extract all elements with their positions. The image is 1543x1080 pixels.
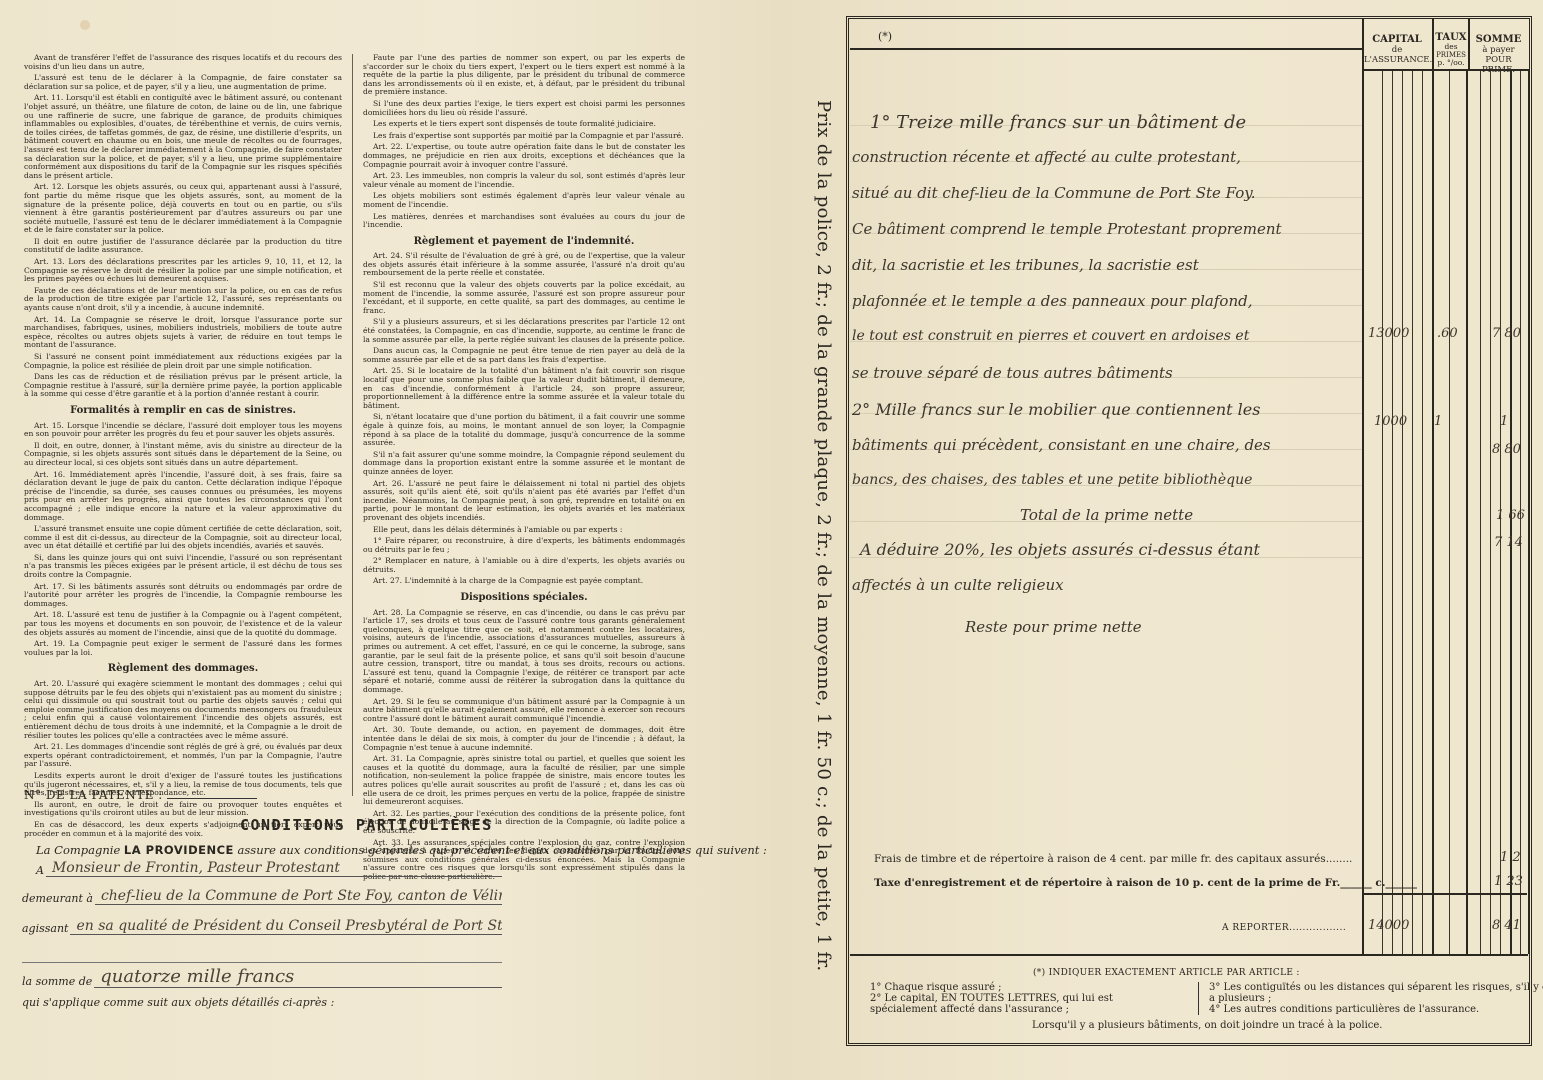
paragraph: Elle peut, dans les délais déterminés à … [363,526,685,535]
header-text: CAPITAL [1364,35,1430,45]
header-text: à payer [1468,45,1529,55]
column-line [1528,71,1530,954]
article-18: Art. 18. L'assuré est tenu de justifier … [24,611,342,637]
header-text: SOMME [1468,35,1529,45]
paragraph: Dans aucun cas, la Compagnie ne peut êtr… [363,347,685,364]
header-text: p. °/oo. [1434,59,1468,67]
article-20: Art. 20. L'assuré qui exagère sciemment … [24,680,342,740]
note-item: 2° Le capital, EN TOUTES LETTRES, qui lu… [870,993,1180,1015]
header-text: L'ASSURANCE. [1364,55,1430,65]
registration-tax-value: 1 23 [1494,874,1523,889]
entry-1-premium: 7 80 [1492,326,1521,341]
header-rule [1364,69,1529,71]
handwritten-line: Ce bâtiment comprend le temple Protestan… [852,220,1282,238]
header-text: de [1364,45,1430,55]
column-line [1402,71,1403,954]
note-item: 3° Les contiguïtés ou les distances qui … [1209,982,1543,1004]
article-17: Art. 17. Si les bâtiments assurés sont d… [24,583,342,609]
paragraph: 2° Remplacer en nature, à l'amiable ou à… [363,557,685,574]
header-text: des [1434,43,1468,51]
article-29: Art. 29. Si le feu se communique d'un bâ… [363,698,685,724]
capacity-value: en sa qualité de Président du Conseil Pr… [70,918,502,935]
insured-name-value: Monsieur de Frontin, Pasteur Protestant [46,860,502,877]
notes-header: (*) INDIQUER EXACTEMENT ARTICLE PAR ARTI… [1033,968,1300,979]
premium-column-header: SOMME à payer POUR PRIME. [1468,19,1529,69]
entry-2-capital: 1000 [1374,414,1407,429]
capacity-label: agissant [22,922,68,935]
article-30: Art. 30. Toute demande, ou action, en pa… [363,726,685,752]
paragraph: Si l'assuré ne consent point immédiateme… [24,353,342,370]
insured-name-field: A Monsieur de Frontin, Pasteur Protestan… [36,860,502,877]
paragraph: S'il y a plusieurs assureurs, et si les … [363,318,685,344]
carry-forward-label: A REPORTER................. [1222,923,1346,933]
patente-blank [167,798,257,799]
column-line [1422,71,1423,954]
handwritten-line: plafonnée et le temple a des panneaux po… [852,292,1252,310]
note-item: 1° Chaque risque assuré ; [870,982,1180,993]
header-rule [850,48,1362,50]
capital-column-header: CAPITAL de L'ASSURANCE. [1364,19,1430,69]
article-22: Art. 22. L'expertise, ou toute autre opé… [363,143,685,169]
column-line [1480,71,1481,954]
handwritten-line: 2° Mille francs sur le mobilier que cont… [852,400,1260,419]
paper-stain [80,20,90,30]
patente-field: N° DE LA PATENTE : [24,788,257,802]
general-conditions-column-1: Avant de transférer l'effet de l'assuran… [24,54,342,841]
paragraph: Les frais d'expertise sont supportés par… [363,132,685,141]
paragraph: L'assuré transmet ensuite une copie dûme… [24,525,342,551]
paragraph: Les objets mobiliers sont estimés égalem… [363,192,685,209]
column-line [1412,71,1413,954]
paragraph: Faute de ces déclarations et de leur men… [24,287,342,313]
article-23: Art. 23. Les immeubles, non compris la v… [363,172,685,189]
article-16: Art. 16. Immédiatement après l'incendie,… [24,471,342,523]
note-item: 4° Les autres conditions particulières d… [1209,1004,1543,1015]
registration-tax-label: Taxe d'enregistrement et de répertoire à… [874,877,1417,889]
paragraph: Si l'une des deux parties l'exige, le ti… [363,100,685,117]
entry-2-rate: 1 [1434,414,1442,429]
stamp-fee-label: Frais de timbre et de répertoire à raiso… [874,853,1352,865]
notes-footer: Lorsqu'il y a plusieurs bâtiments, on do… [1032,1020,1382,1031]
deduction-amount: 1 66 [1496,508,1525,523]
paragraph: 1° Faire réparer, ou reconstruire, à dir… [363,537,685,554]
article-11: Art. 11. Lorsqu'il est établi en contigu… [24,94,342,180]
column-line [1382,71,1383,954]
asterisk-header: (*) [878,30,892,43]
paragraph: Il doit, en outre, donner, à l'instant m… [24,442,342,468]
conditions-particulieres-title: CONDITIONS PARTICULIÈRES [240,816,493,834]
article-25: Art. 25. Si le locataire de la totalité … [363,367,685,410]
notes-left: 1° Chaque risque assuré ; 2° Le capital,… [870,982,1180,1015]
general-conditions-column-2: Faute par l'une des parties de nommer so… [352,54,685,796]
section-heading-reglement-dommages: Règlement des dommages. [24,665,342,674]
column-line [1490,71,1491,954]
paragraph: Faute par l'une des parties de nommer so… [363,54,685,97]
sum-application-note: qui s'applique comme suit aux objets dét… [22,996,334,1009]
article-27: Art. 27. L'indemnité à la charge de la C… [363,577,685,586]
article-24: Art. 24. S'il résulte de l'évaluation de… [363,252,685,278]
article-31: Art. 31. La Compagnie, après sinistre to… [363,755,685,807]
column-line [1432,71,1434,954]
price-vertical-note: Prix de la police, 2 fr.; de la grande p… [804,100,844,1060]
handwritten-line: le tout est construit en pierres et couv… [852,328,1249,344]
paragraph: Il doit en outre justifier de l'assuranc… [24,238,342,255]
paragraph: L'assuré est tenu de le déclarer à la Co… [24,74,342,91]
article-26: Art. 26. L'assuré ne peut faire le délai… [363,480,685,523]
article-13: Art. 13. Lors des déclarations prescrite… [24,258,342,284]
article-28: Art. 28. La Compagnie se réserve, en cas… [363,609,685,695]
total-net-premium: 8 80 [1492,442,1521,457]
subtotal-rule [1363,893,1527,895]
footer-rule [850,954,1528,956]
handwritten-line: se trouve séparé de tous autres bâtiment… [852,364,1173,382]
notes-right: 3° Les contiguïtés ou les distances qui … [1198,982,1543,1015]
column-line [1466,71,1468,954]
article-15: Art. 15. Lorsque l'incendie se déclare, … [24,422,342,439]
patente-label: N° DE LA PATENTE : [24,788,163,802]
carry-forward-capital: 14000 [1368,918,1409,933]
stamp-fee-value: 1 2 [1500,850,1521,865]
handwritten-line: Reste pour prime nette [965,618,1142,636]
intro-suffix: assure aux conditions générales qui préc… [238,843,767,857]
handwritten-line: bâtiments qui précèdent, consistant en u… [852,436,1271,454]
entry-2-premium: 1 [1500,414,1508,429]
insured-label: A [36,864,44,877]
price-note-text: Prix de la police, 2 fr.; de la grande p… [813,100,834,971]
handwritten-line: 1° Treize mille francs sur un bâtiment d… [870,112,1246,133]
handwritten-line: affectés à un culte religieux [852,576,1064,594]
section-heading-formalites: Formalités à remplir en cas de sinistres… [24,407,342,416]
column-line [1392,71,1393,954]
paragraph: Dans les cas de réduction et de résiliat… [24,373,342,399]
blank-rule [22,950,502,963]
handwritten-line: situé au dit chef-lieu de la Commune de … [852,184,1256,202]
capacity-field: agissant en sa qualité de Président du C… [22,918,502,935]
carry-forward-premium: 8 41 [1492,918,1521,933]
residence-label: demeurant à [22,892,93,905]
paragraph: S'il est reconnu que la valeur des objet… [363,281,685,315]
column-line [1449,71,1450,954]
handwritten-line: Total de la prime nette [1020,506,1193,524]
entry-1-rate: .60 [1437,326,1458,341]
handwritten-line: A déduire 20%, les objets assurés ci-des… [860,540,1260,559]
sum-label: la somme de [22,975,92,988]
article-14: Art. 14. La Compagnie se réserve le droi… [24,316,342,350]
article-19: Art. 19. La Compagnie peut exiger le ser… [24,640,342,657]
left-page: Avant de transférer l'effet de l'assuran… [0,0,770,1080]
paragraph: Si, n'étant locataire que d'une portion … [363,413,685,447]
rate-column-header: TAUX des PRIMES p. °/oo. [1432,19,1470,69]
paragraph: Avant de transférer l'effet de l'assuran… [24,54,342,71]
amount-columns: CAPITAL de L'ASSURANCE. TAUX des PRIMES … [1362,19,1529,954]
handwritten-line: construction récente et affecté au culte… [852,148,1241,166]
residence-field: demeurant à chef-lieu de la Commune de P… [22,888,502,905]
handwritten-line: dit, la sacristie et les tribunes, la sa… [852,256,1199,274]
section-heading-dispositions: Dispositions spéciales. [363,594,685,603]
section-heading-reglement-indemnite: Règlement et payement de l'indemnité. [363,238,685,247]
article-12: Art. 12. Lorsque les objets assurés, ou … [24,183,342,235]
paragraph: Les experts et le tiers expert sont disp… [363,120,685,129]
company-name: LA PROVIDENCE [124,843,234,857]
paragraph: S'il n'a fait assurer qu'une somme moind… [363,451,685,477]
article-21: Art. 21. Les dommages d'incendie sont ré… [24,743,342,769]
handwritten-line: bancs, des chaises, des tables et une pe… [852,472,1252,488]
conditions-intro: La Compagnie LA PROVIDENCE assure aux co… [36,843,767,857]
remaining-net-premium: 7 14 [1494,535,1523,550]
paragraph: Si, dans les quinze jours qui ont suivi … [24,554,342,580]
residence-value: chef-lieu de la Commune de Port Ste Foy,… [95,888,502,905]
entry-1-capital: 13000 [1368,326,1409,341]
intro-prefix: La Compagnie [36,843,120,857]
paragraph: Les matières, denrées et marchandises so… [363,213,685,230]
sum-field: la somme de quatorze mille francs [22,966,502,988]
sum-value: quatorze mille francs [94,966,502,988]
